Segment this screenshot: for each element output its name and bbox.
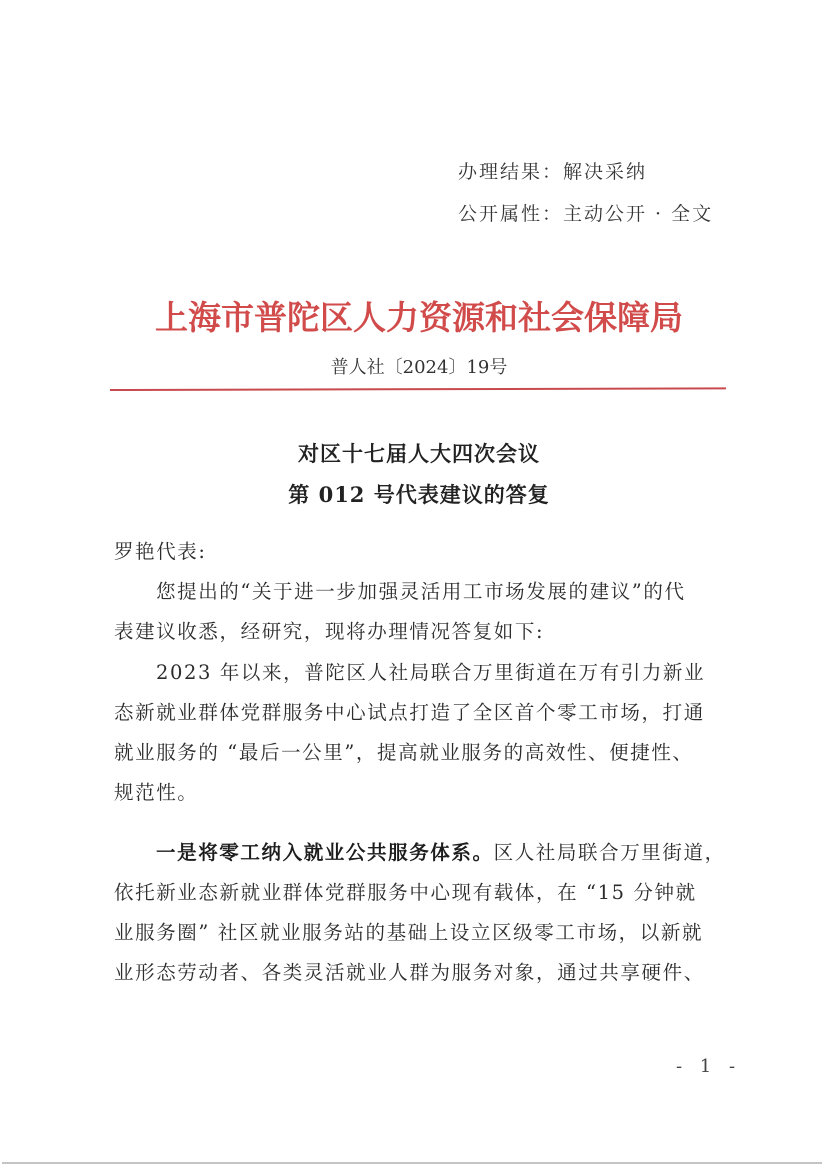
section-1-first-line: 一是将零工纳入就业公共服务体系。区人社局联合万里街道， bbox=[156, 837, 788, 865]
body-line: 规范性。 bbox=[114, 777, 746, 805]
issuing-organization-title: 上海市普陀区人力资源和社会保障局 bbox=[0, 292, 826, 339]
document-number: 普人社〔2024〕19号 bbox=[0, 353, 826, 379]
page-bottom-edge-rule bbox=[2, 1162, 822, 1164]
body-line: 就业服务的 “最后一公里”，提高就业服务的高效性、便捷性、 bbox=[114, 737, 746, 765]
section-1-text: 区人社局联合万里街道， bbox=[494, 841, 726, 864]
section-1-heading: 一是将零工纳入就业公共服务体系。 bbox=[156, 841, 494, 864]
body-line: 2023 年以来，普陀区人社局联合万里街道在万有引力新业 bbox=[156, 657, 788, 685]
body-line: 您提出的“关于进一步加强灵活用工市场发展的建议”的代 bbox=[156, 576, 788, 604]
body-line: 业形态劳动者、各类灵活就业人群为服务对象，通过共享硬件、 bbox=[114, 957, 746, 985]
body-line: 依托新业态新就业群体党群服务中心现有载体，在 “15 分钟就 bbox=[114, 877, 746, 905]
subject-title-line-2: 第 012 号代表建议的答复 bbox=[0, 479, 826, 509]
red-header-rule bbox=[110, 387, 726, 391]
page-number: - 1 - bbox=[676, 1056, 741, 1077]
body-line: 业服务圈” 社区就业服务站的基础上设立区级零工市场，以新就 bbox=[114, 917, 746, 945]
disclosure-value: 主动公开 · 全文 bbox=[563, 203, 713, 225]
body-line: 表建议收悉，经研究，现将办理情况答复如下: bbox=[114, 616, 746, 644]
disclosure-label: 公开属性： bbox=[458, 203, 563, 225]
subject-title-line-1: 对区十七届人大四次会议 bbox=[0, 438, 826, 468]
body-line: 态新就业群体党群服务中心试点打造了全区首个零工市场，打通 bbox=[114, 697, 746, 725]
handling-result-value: 解决采纳 bbox=[563, 161, 647, 183]
handling-result: 办理结果：解决采纳 bbox=[458, 157, 647, 184]
salutation: 罗艳代表: bbox=[114, 536, 746, 564]
disclosure-attribute: 公开属性：主动公开 · 全文 bbox=[458, 199, 713, 226]
handling-result-label: 办理结果： bbox=[458, 161, 563, 183]
